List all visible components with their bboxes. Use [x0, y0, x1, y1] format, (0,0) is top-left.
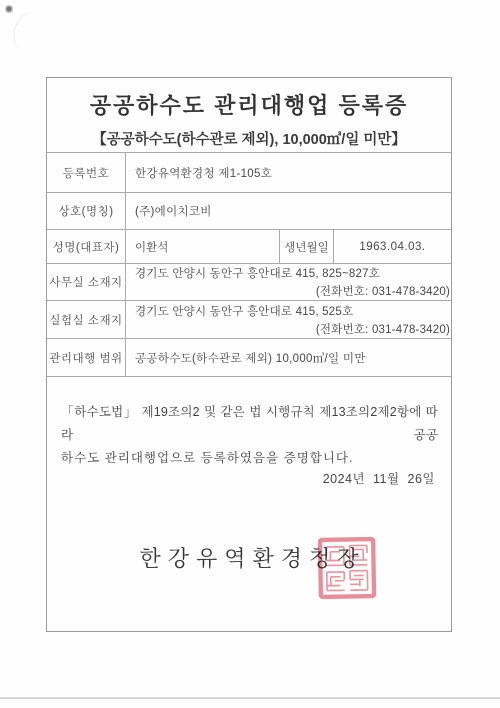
- field-label: 등록번호: [47, 153, 126, 192]
- scan-artifact-mark: [5, 5, 13, 13]
- official-red-seal-stamp: [317, 536, 376, 599]
- certification-statement: 「하수도법」 제19조의2 및 같은 법 시행규칙 제13조의2제2항에 따라 …: [61, 401, 438, 470]
- lab-phone: (전화번호: 031-478-3420): [135, 321, 450, 337]
- field-value: 공공하수도(하수관로 제외) 10,000㎥/일 미만: [126, 339, 451, 376]
- table-row-service-scope: 관리대행 범위 공공하수도(하수관로 제외) 10,000㎥/일 미만: [47, 338, 451, 377]
- statement-line-2: 하수도 관리대행업으로 등록하였음을 증명합니다.: [61, 447, 438, 470]
- birthdate-value: 1963.04.03.: [334, 230, 451, 263]
- certificate-subtitle: 【공공하수도(하수관로 제외), 10,000㎥/일 미만】: [47, 128, 451, 149]
- office-phone: (전화번호: 031-478-3420): [135, 283, 450, 299]
- statement-line-1: 「하수도법」 제19조의2 및 같은 법 시행규칙 제13조의2제2항에 따라 …: [61, 401, 438, 447]
- scan-artifact-pencil: [8, 8, 51, 56]
- issuer-title: 한강유역환경청장: [47, 542, 451, 573]
- certificate-title: 공공하수도 관리대행업 등록증: [47, 89, 451, 120]
- field-label: 사무실 소재지: [47, 264, 126, 300]
- table-row-company-name: 상호(명칭) (주)에이치코비: [47, 192, 451, 229]
- field-value: (주)에이치코비: [126, 193, 451, 229]
- field-label: 성명(대표자): [47, 230, 126, 263]
- field-label: 실험실 소재지: [47, 301, 126, 338]
- certificate-border-frame: 공공하수도 관리대행업 등록증 【공공하수도(하수관로 제외), 10,000㎥…: [46, 77, 452, 632]
- table-row-office-address: 사무실 소재지 경기도 안양시 동안구 흥안대로 415, 825~827호 (…: [47, 263, 451, 300]
- lab-address: 경기도 안양시 동안구 흥안대로 415, 525호: [135, 303, 450, 319]
- issue-date: 2024년 11월 26일: [323, 469, 435, 487]
- field-value: 경기도 안양시 동안구 흥안대로 415, 825~827호 (전화번호: 03…: [126, 264, 451, 300]
- field-label: 관리대행 범위: [47, 339, 126, 376]
- certificate-fields-table: 등록번호 한강유역환경청 제1-105호 상호(명칭) (주)에이치코비 성명(…: [47, 152, 451, 377]
- office-address: 경기도 안양시 동안구 흥안대로 415, 825~827호: [135, 265, 450, 281]
- table-row-lab-address: 실험실 소재지 경기도 안양시 동안구 흥안대로 415, 525호 (전화번호…: [47, 300, 451, 338]
- scanned-certificate-page: 공공하수도 관리대행업 등록증 【공공하수도(하수관로 제외), 10,000㎥…: [0, 0, 500, 708]
- representative-name: 이환석: [126, 230, 280, 263]
- birthdate-label: 생년월일: [280, 230, 334, 263]
- field-label: 상호(명칭): [47, 193, 126, 229]
- table-row-representative: 성명(대표자) 이환석 생년월일 1963.04.03.: [47, 229, 451, 263]
- scan-edge-line: [0, 697, 500, 699]
- table-row-registration-number: 등록번호 한강유역환경청 제1-105호: [47, 152, 451, 192]
- field-value: 경기도 안양시 동안구 흥안대로 415, 525호 (전화번호: 031-47…: [126, 301, 451, 338]
- field-value: 한강유역환경청 제1-105호: [126, 153, 451, 192]
